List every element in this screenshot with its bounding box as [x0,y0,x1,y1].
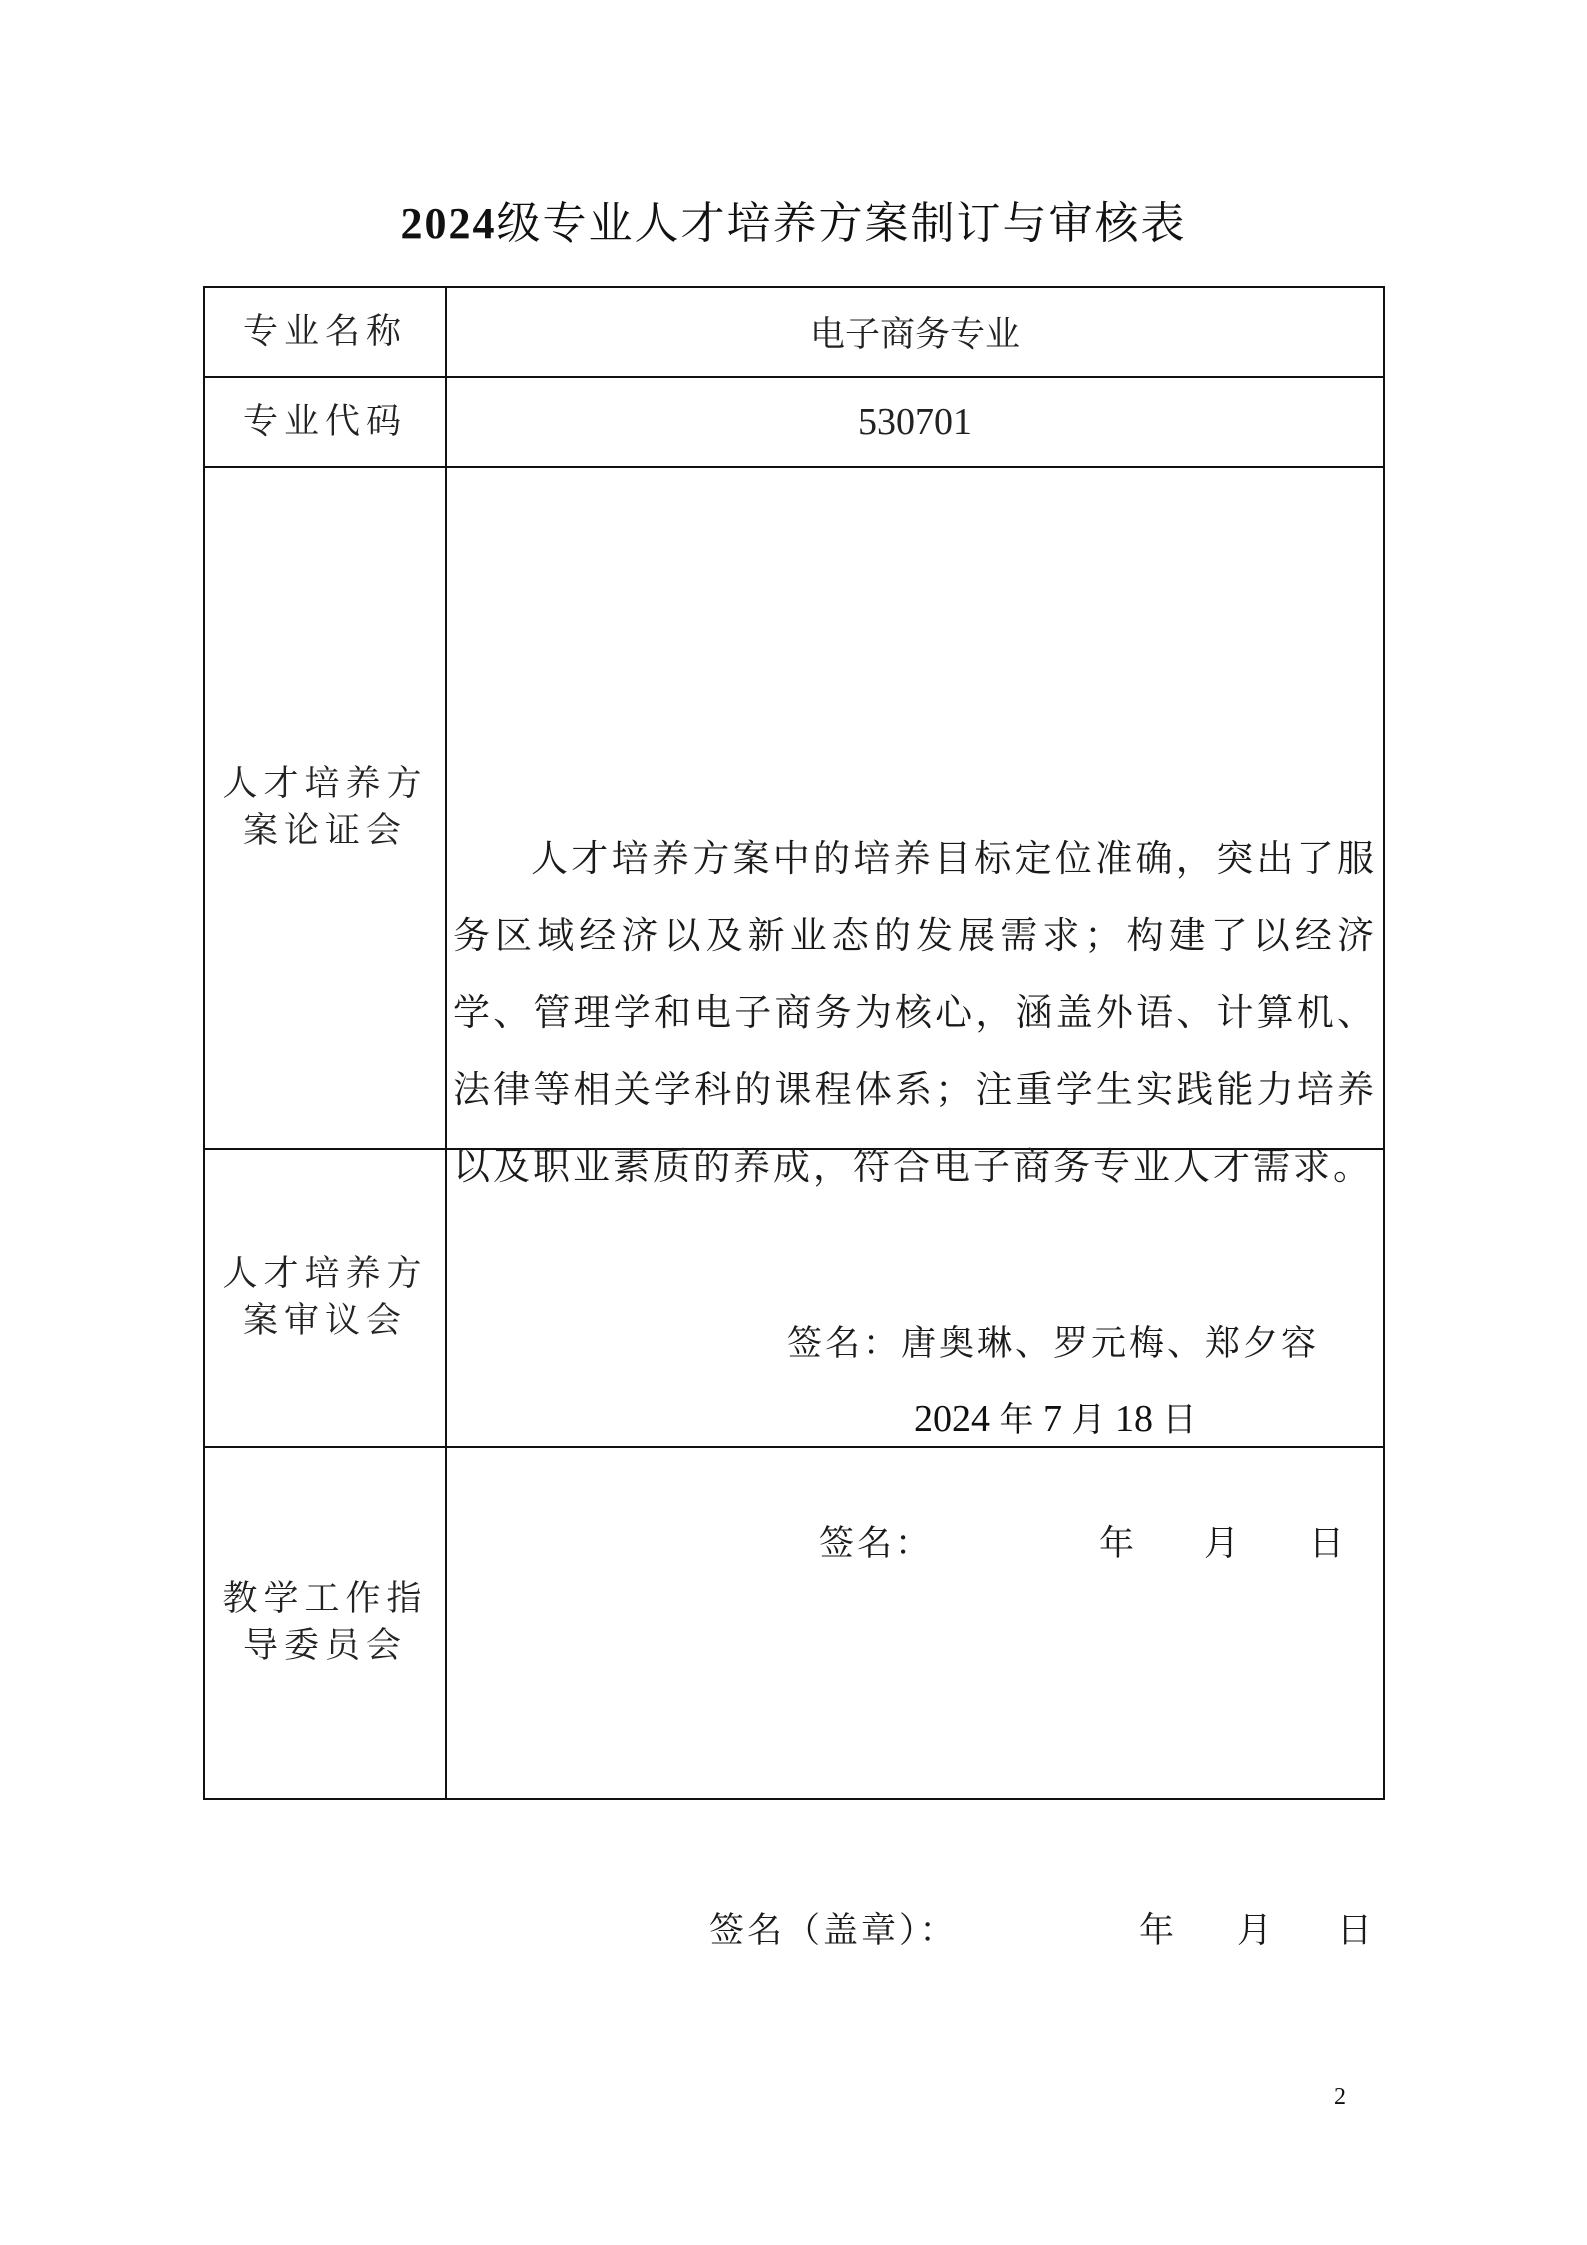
demonstration-opinion-cell: 人才培养方案中的培养目标定位准确，突出了服务区域经济以及新业态的发展需求；构建了… [446,467,1384,1149]
label-major-code: 专业代码 [204,377,446,467]
date-year: 2024 [914,1398,990,1440]
label-line: 教学工作指 [205,1576,445,1623]
label-line: 案审议会 [205,1298,445,1345]
label-demonstration-meeting: 人才培养方 案论证会 [204,467,446,1149]
committee-opinion-cell: 签名（盖章）： 年 月 日 [446,1447,1384,1799]
value-major-name: 电子商务专业 [446,287,1384,377]
table-row-teaching-committee: 教学工作指 导委员会 签名（盖章）： 年 月 日 [204,1447,1384,1799]
label-line: 人才培养方 [205,1251,445,1298]
date-day: 18 [1115,1398,1153,1440]
label-line: 导委员会 [205,1623,445,1670]
title-text: 级专业人才培养方案制订与审核表 [497,198,1187,249]
demonstration-signature: 签名：唐奥琳、罗元梅、郑夕容 [787,1316,1319,1366]
date-day-unit: 日 [1163,1400,1197,1440]
label-review-meeting: 人才培养方 案审议会 [204,1149,446,1447]
demonstration-opinion-text: 人才培养方案中的培养目标定位准确，突出了服务区域经济以及新业态的发展需求；构建了… [453,820,1377,1205]
label-line: 人才培养方 [205,761,445,808]
label-teaching-committee: 教学工作指 导委员会 [204,1447,446,1799]
date-month-unit: 月 [1072,1400,1106,1440]
date-month: 7 [1043,1398,1062,1440]
review-form-table: 专业名称 电子商务专业 专业代码 530701 人才培养方 案论证会 人才培养方… [203,286,1385,1800]
review-signature-label: 签名： [819,1516,933,1566]
review-day-unit: 日 [1309,1516,1347,1566]
value-major-code: 530701 [446,377,1384,467]
committee-signature-label: 签名（盖章）： [709,1903,958,1953]
page-number: 2 [1334,2084,1346,2111]
committee-day-unit: 日 [1337,1903,1375,1953]
table-row-demonstration-meeting: 人才培养方 案论证会 人才培养方案中的培养目标定位准确，突出了服务区域经济以及新… [204,467,1384,1149]
table-row-major-code: 专业代码 530701 [204,377,1384,467]
committee-month-unit: 月 [1237,1903,1275,1953]
label-line: 案论证会 [205,808,445,855]
demonstration-date: 2024 年 7 月 18 日 [914,1392,1197,1441]
table-row-major-name: 专业名称 电子商务专业 [204,287,1384,377]
date-year-unit: 年 [1000,1400,1034,1440]
label-major-name: 专业名称 [204,287,446,377]
page-title: 2024级专业人才培养方案制订与审核表 [0,196,1587,252]
review-month-unit: 月 [1204,1516,1242,1566]
committee-year-unit: 年 [1139,1903,1177,1953]
review-year-unit: 年 [1099,1516,1137,1566]
title-year: 2024 [401,199,497,248]
